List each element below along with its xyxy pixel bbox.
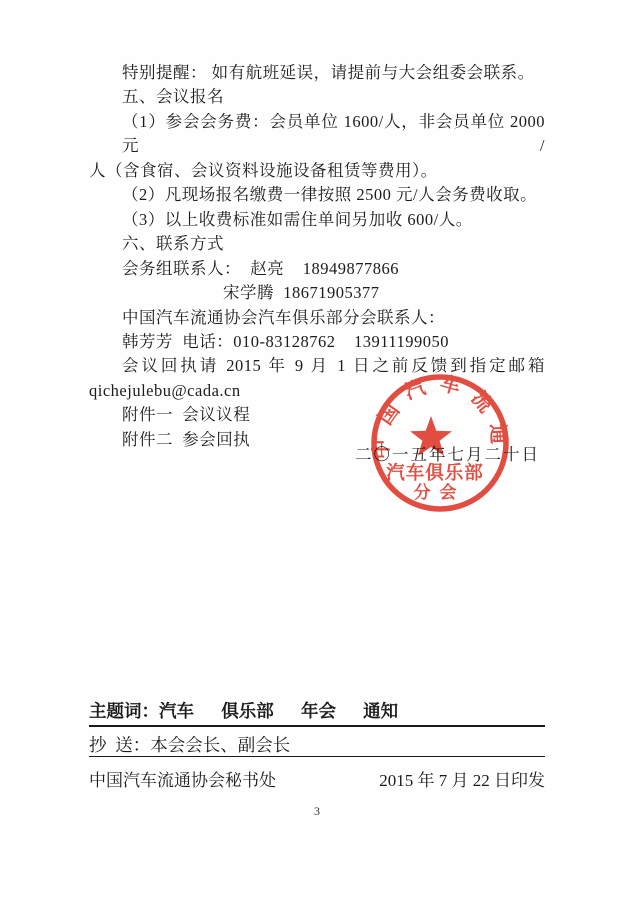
print-date: 2015 年 7 月 22 日印发 [379,771,545,791]
issuer-name: 中国汽车流通协会秘书处 [89,771,276,791]
subject-keywords-row: 主题词：汽车 俱乐部 年会 通知 [89,702,545,727]
club-contact-heading: 中国汽车流通协会汽车俱乐部分会联系人： [89,306,545,330]
special-note: 特别提醒： 如有航班延误，请提前与大会组委会联系。 [89,61,545,85]
issuer-row: 中国汽车流通协会秘书处 2015 年 7 月 22 日印发 [89,771,545,791]
fee-item-3: （3）以上收费标准如需住单间另加收 600/人。 [89,208,545,232]
contact-song-xueteng: 宋学腾 18671905377 [89,281,545,305]
contact-zhao-liang: 会务组联系人： 赵亮 18949877866 [89,257,545,281]
fee-item-2: （2）凡现场报名缴费一律按照 2500 元/人会务费收取。 [89,183,545,207]
heading-section-5: 五、会议报名 [89,85,545,109]
seal-subtitle-1: 汽车俱乐部 [386,462,484,483]
heading-section-6: 六、联系方式 [89,232,545,256]
official-seal: 中国汽车流通协会 汽车俱乐部 分 会 [360,363,520,523]
page-number: 3 [0,804,634,819]
seal-subtitle-2: 分 会 [414,482,459,502]
contact-han-fangfang: 韩芳芳 电话：010-83128762 13911199050 [89,330,545,354]
fee-item-1: （1）参会会务费：会员单位 1600/人，非会员单位 2000 元/ [89,110,545,159]
fee-item-1-cont: 人（含食宿、会议资料设施设备租赁等费用）。 [89,159,545,183]
seal-star-icon [410,416,452,456]
cc-row: 抄 送：本会会长、副会长 [89,736,545,757]
document-page: 特别提醒： 如有航班延误，请提前与大会组委会联系。 五、会议报名 （1）参会会务… [0,0,634,900]
